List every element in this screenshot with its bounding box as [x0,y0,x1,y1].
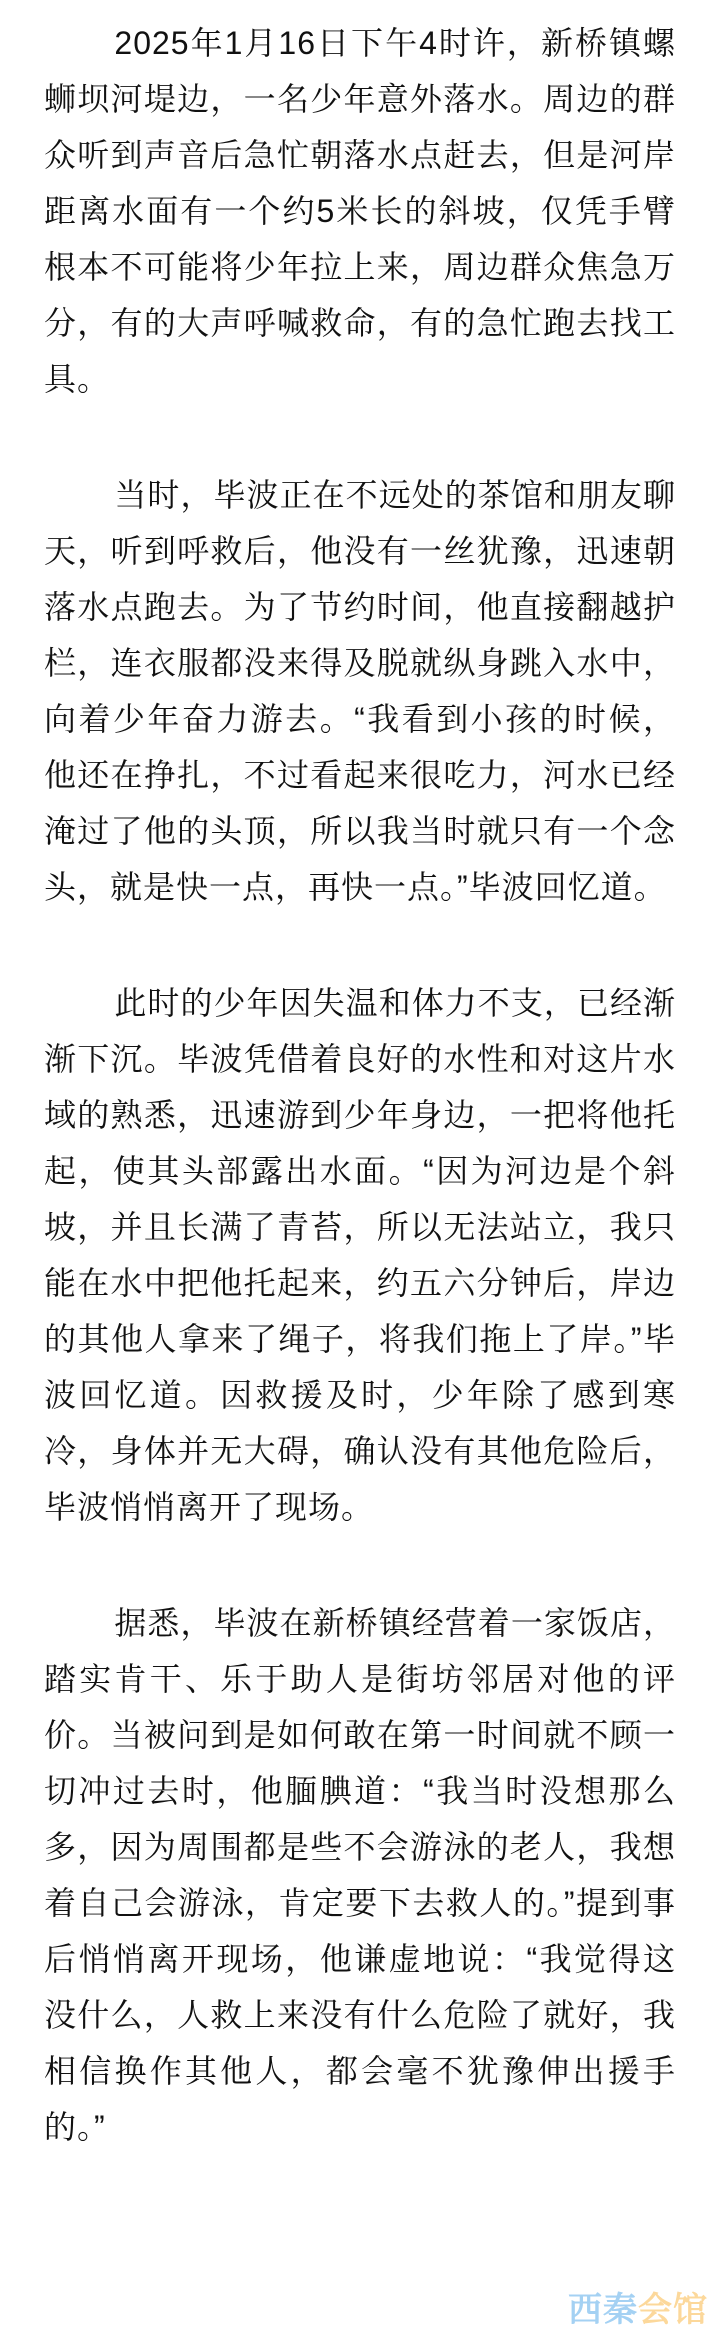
article-paragraph-4: 据悉，毕波在新桥镇经营着一家饭店，踏实肯干、乐于助人是街坊邻居对他的评价。当被问… [44,1595,676,2155]
watermark: 西秦会馆 [568,2293,708,2327]
article-paragraph-3: 此时的少年因失温和体力不支，已经渐渐下沉。毕波凭借着良好的水性和对这片水域的熟悉… [44,975,676,1535]
article-paragraph-2: 当时，毕波正在不远处的茶馆和朋友聊天，听到呼救后，他没有一丝犹豫，迅速朝落水点跑… [44,467,676,915]
watermark-text-huiguan: 会馆 [638,2291,708,2329]
watermark-text-xiqin: 西秦 [568,2291,638,2329]
article-page: 2025年1月16日下午4时许，新桥镇螺蛳坝河堤边，一名少年意外落水。周边的群众… [0,0,720,2329]
article-paragraph-1: 2025年1月16日下午4时许，新桥镇螺蛳坝河堤边，一名少年意外落水。周边的群众… [44,15,676,407]
